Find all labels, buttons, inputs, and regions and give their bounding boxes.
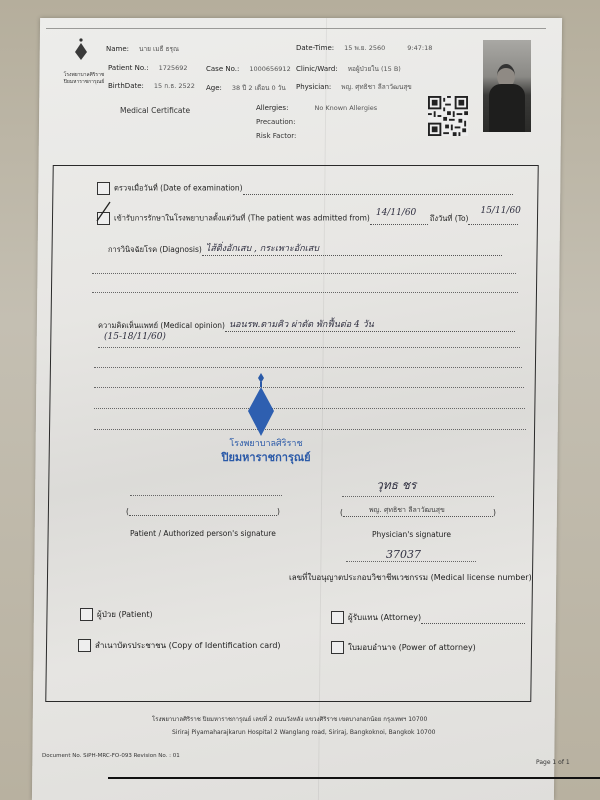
physician-printed-name-row: (พญ. ศุทธิชา ลีลาวัฒนสุข) — [340, 508, 496, 517]
physician-label: Physician: — [296, 83, 331, 91]
recipient-attorney-label: ผู้รับแทน (Attorney) — [348, 613, 421, 622]
recipient-attorney-option[interactable]: ผู้รับแทน (Attorney) — [331, 611, 525, 624]
document-title: Medical Certificate — [120, 106, 190, 115]
medical-opinion-value-line2: (15-18/11/60) — [104, 332, 166, 342]
footer-address-thai: โรงพยาบาลศิริราช ปิยมหาราชการุณย์ เลขที่… — [152, 714, 427, 724]
age-field: Age:38 ปี 2 เดือน 0 วัน — [206, 83, 286, 93]
recipient-id-card-checkbox[interactable] — [78, 639, 91, 652]
allergies-value: No Known Allergies — [314, 104, 377, 112]
admitted-checkbox[interactable] — [97, 212, 110, 225]
diagnosis-line-2[interactable] — [92, 273, 516, 274]
patient-no-label: Patient No.: — [108, 64, 149, 72]
admitted-from-field[interactable]: 14/11/60 — [370, 216, 428, 225]
opinion-line-6[interactable] — [94, 429, 526, 430]
recipient-power-of-attorney-checkbox[interactable] — [331, 641, 344, 654]
footer-address-english: Siriraj Piyamaharajkarun Hospital 2 Wang… — [172, 729, 435, 736]
document-number: Document No. SiPH-MRC-FO-093 Revision No… — [42, 753, 180, 759]
seal-name-line2: ปิยมหาราชการุณย์ — [216, 451, 316, 464]
hospital-logo-text: โรงพยาบาลศิริราช ปิยมหาราชการุณย์ — [62, 72, 106, 86]
date-time-field: Date-Time:15 พ.ย. 25609:47:18 — [296, 43, 432, 53]
patient-no-field: Patient No.:1725692 — [108, 64, 188, 72]
date-value: 15 พ.ย. 2560 — [344, 44, 385, 52]
diagnosis-row: การวินิจฉัยโรค (Diagnosis)ไส้ติ่งอักเสบ … — [108, 244, 502, 256]
photo-body — [489, 84, 525, 132]
birthdate-value: 15 ก.ธ. 2522 — [154, 82, 195, 90]
patient-signature-caption: Patient / Authorized person's signature — [130, 529, 276, 538]
medical-opinion-line-2[interactable] — [98, 347, 520, 348]
patient-printed-name-row: () — [126, 507, 280, 516]
opinion-line-4[interactable] — [94, 387, 524, 388]
physician-printed-name: พญ. ศุทธิชา ลีลาวัฒนสุข — [369, 505, 445, 516]
seal-name-line1: โรงพยาบาลศิริราช — [216, 438, 316, 451]
case-no-field: Case No.:1000656912 — [206, 65, 291, 73]
check-mark-icon — [96, 201, 112, 223]
recipient-id-card-option[interactable]: สำเนาบัตรประชาชน (Copy of Identification… — [78, 639, 281, 652]
attorney-name-field[interactable] — [421, 615, 525, 624]
recipient-power-of-attorney-label: ใบมอบอำนาจ (Power of attorney) — [348, 643, 476, 652]
birthdate-label: BirthDate: — [108, 82, 144, 90]
date-of-exam-checkbox[interactable] — [97, 182, 110, 195]
date-of-exam-label: ตรวจเมื่อวันที่ (Date of examination) — [114, 184, 243, 193]
admitted-to-value: 15/11/60 — [480, 206, 520, 216]
admitted-label: เข้ารับการรักษาในโรงพยาบาลตั้งแต่วันที่ … — [114, 214, 370, 223]
recipient-power-of-attorney-option[interactable]: ใบมอบอำนาจ (Power of attorney) — [331, 641, 476, 654]
opinion-line-3[interactable] — [94, 367, 522, 368]
age-label: Age: — [206, 84, 222, 92]
hospital-seal-icon — [247, 373, 275, 438]
medical-opinion-value-line1: นอนรพ.ตามคิว ผ่าตัด พักฟื้นต่อ 4 วัน — [229, 317, 374, 331]
admitted-to-field[interactable]: 15/11/60 — [468, 216, 518, 225]
recipient-attorney-checkbox[interactable] — [331, 611, 344, 624]
header-frame-top — [46, 28, 546, 29]
physician-signature-caption: Physician's signature — [372, 530, 451, 539]
age-value: 38 ปี 2 เดือน 0 วัน — [232, 84, 286, 92]
to-label: ถึงวันที่ (To) — [430, 214, 469, 223]
diagnosis-value: ไส้ติ่งอักเสบ , กระเพาะอักเสบ — [206, 241, 319, 255]
recipient-id-card-label: สำเนาบัตรประชาชน (Copy of Identification… — [95, 641, 281, 650]
recipient-patient-checkbox[interactable] — [80, 608, 93, 621]
qr-code — [428, 96, 468, 136]
physician-signature: วุทธ ชร — [376, 476, 416, 495]
recipient-patient-option[interactable]: ผู้ป่วย (Patient) — [80, 608, 153, 621]
patient-signature-line[interactable] — [130, 495, 282, 496]
physician-printed-name-field[interactable]: พญ. ศุทธิชา ลีลาวัฒนสุข — [343, 508, 493, 517]
patient-no-value: 1725692 — [159, 64, 188, 72]
clinic-ward-value: หอผู้ป่วยใน (15 B) — [348, 65, 401, 73]
physician-signature-line[interactable] — [342, 496, 494, 497]
physician-value: พญ. ศุทธิชา ลีลาวัฒนสุข — [341, 83, 411, 91]
hospital-seal-name: โรงพยาบาลศิริราช ปิยมหาราชการุณย์ — [216, 438, 316, 464]
clinic-ward-field: Clinic/Ward:หอผู้ป่วยใน (15 B) — [296, 64, 401, 74]
diagnosis-label: การวินิจฉัยโรค (Diagnosis) — [108, 245, 202, 254]
allergies-label: Allergies: — [256, 104, 288, 112]
name-value: นาย เมธี ธรุณ — [139, 45, 179, 53]
recipient-patient-label: ผู้ป่วย (Patient) — [97, 610, 153, 619]
patient-printed-name-field[interactable] — [129, 507, 277, 516]
time-value: 9:47:18 — [407, 44, 432, 52]
clinic-ward-label: Clinic/Ward: — [296, 65, 338, 73]
medical-opinion-label: ความคิดเห็นแพทย์ (Medical opinion) — [98, 321, 225, 330]
case-no-value: 1000656912 — [249, 65, 290, 73]
admitted-row: เข้ารับการรักษาในโรงพยาบาลตั้งแต่วันที่ … — [97, 212, 518, 225]
license-number-value: 37037 — [386, 548, 421, 561]
license-number-label: เลขที่ใบอนุญาตประกอบวิชาชีพเวชกรรม (Medi… — [289, 571, 532, 584]
name-field: Name:นาย เมธี ธรุณ — [106, 44, 179, 54]
opinion-line-5[interactable] — [94, 408, 525, 409]
birthdate-field: BirthDate:15 ก.ธ. 2522 — [108, 81, 195, 91]
case-no-label: Case No.: — [206, 65, 239, 73]
allergies-field: Allergies:No Known Allergies — [256, 104, 377, 112]
medical-opinion-row: ความคิดเห็นแพทย์ (Medical opinion)นอนรพ.… — [98, 320, 515, 332]
admitted-from-value: 14/11/60 — [376, 208, 416, 218]
date-time-label: Date-Time: — [296, 44, 334, 52]
page-indicator: Page 1 of 1 — [536, 759, 570, 766]
logo-text-line2: ปิยมหาราชการุณย์ — [62, 79, 106, 86]
precaution-label: Precaution: — [256, 118, 295, 126]
diagnosis-line-3[interactable] — [92, 292, 518, 293]
diagnosis-field[interactable]: ไส้ติ่งอักเสบ , กระเพาะอักเสบ — [202, 247, 502, 256]
date-of-exam-field[interactable] — [243, 186, 513, 195]
license-number-line[interactable] — [346, 561, 476, 562]
medical-opinion-field[interactable]: นอนรพ.ตามคิว ผ่าตัด พักฟื้นต่อ 4 วัน — [225, 323, 515, 332]
logo-text-line1: โรงพยาบาลศิริราช — [62, 72, 106, 79]
patient-photo — [483, 40, 531, 132]
name-label: Name: — [106, 45, 129, 53]
risk-factor-label: Risk Factor: — [256, 132, 296, 140]
hospital-logo-icon — [74, 38, 88, 60]
date-of-exam-row: ตรวจเมื่อวันที่ (Date of examination) — [97, 182, 513, 195]
footer-rule — [108, 777, 600, 779]
physician-field: Physician:พญ. ศุทธิชา ลีลาวัฒนสุข — [296, 82, 412, 92]
